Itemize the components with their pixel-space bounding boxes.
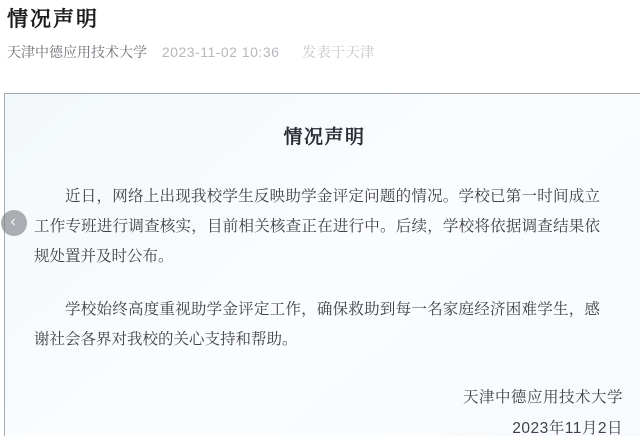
prev-page-button[interactable]: ‹ <box>1 210 27 236</box>
statement-signature: 天津中德应用技术大学 2023年11月2日 <box>5 382 640 436</box>
page-title: 情况声明 <box>7 6 632 34</box>
statement-body: 近日，网络上出现我校学生反映助学金评定问题的情况。学校已第一时间成立工作专班进行… <box>5 182 640 355</box>
statement-title: 情况声明 <box>5 94 640 151</box>
statement-paragraph-2: 学校始终高度重视助学金评定工作，确保救助到每一名家庭经济困难学生，感谢社会各界对… <box>5 295 640 355</box>
article-meta: 天津中德应用技术大学 2023-11-02 10:36 发表于天津 <box>7 44 632 60</box>
publish-datetime: 2023-11-02 10:36 <box>162 44 280 60</box>
account-name[interactable]: 天津中德应用技术大学 <box>7 44 147 60</box>
statement-paragraph-1: 近日，网络上出现我校学生反映助学金评定问题的情况。学校已第一时间成立工作专班进行… <box>5 182 640 272</box>
signature-date: 2023年11月2日 <box>5 413 623 436</box>
chevron-left-icon: ‹ <box>10 210 17 234</box>
publish-location: 发表于天津 <box>302 44 375 60</box>
article-header: 情况声明 天津中德应用技术大学 2023-11-02 10:36 发表于天津 <box>0 0 640 60</box>
statement-card: 情况声明 近日，网络上出现我校学生反映助学金评定问题的情况。学校已第一时间成立工… <box>4 93 640 436</box>
signature-org: 天津中德应用技术大学 <box>5 382 623 413</box>
